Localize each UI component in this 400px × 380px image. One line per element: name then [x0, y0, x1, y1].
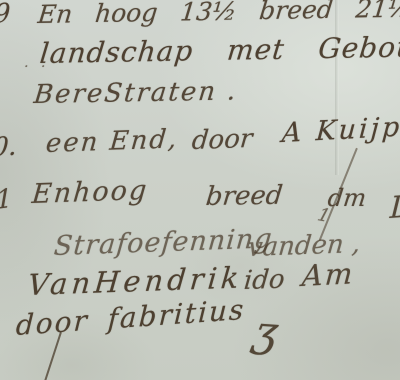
handwritten-subject-word: Strafoefenning [53, 225, 274, 260]
handwritten-subject-line: landschap met Gebouwe [39, 33, 400, 68]
handwritten-subject-word: een End, [45, 126, 180, 157]
handwritten-hoog-word: Enhoog [31, 177, 150, 208]
handwritten-artist-name: BereStraten . [33, 78, 239, 108]
handwritten-ido-word: ido [243, 267, 286, 295]
cut-letter-fragment: D [389, 192, 400, 224]
flourish-mark: ʒ [250, 310, 282, 353]
margin-item-number: 9 [0, 0, 11, 28]
handwritten-am-fragment: Am [301, 259, 355, 291]
manuscript-page: 9 · · 0. 1 En hoog 13½ breed 21½ dm land… [0, 0, 400, 380]
handwritten-attribution: door fabritius [15, 296, 246, 340]
handwritten-text-layer: 9 · · 0. 1 En hoog 13½ breed 21½ dm land… [0, 0, 400, 380]
handwritten-breed-word: breed [205, 183, 284, 210]
handwritten-dimensions-line: En hoog 13½ breed 21½ dm [37, 0, 400, 27]
handwritten-artist-name: A Kuijp [281, 114, 400, 147]
margin-fragment: 1 [0, 186, 13, 214]
handwritten-door-word: door [191, 126, 254, 154]
margin-item-number: 0. [0, 134, 18, 161]
